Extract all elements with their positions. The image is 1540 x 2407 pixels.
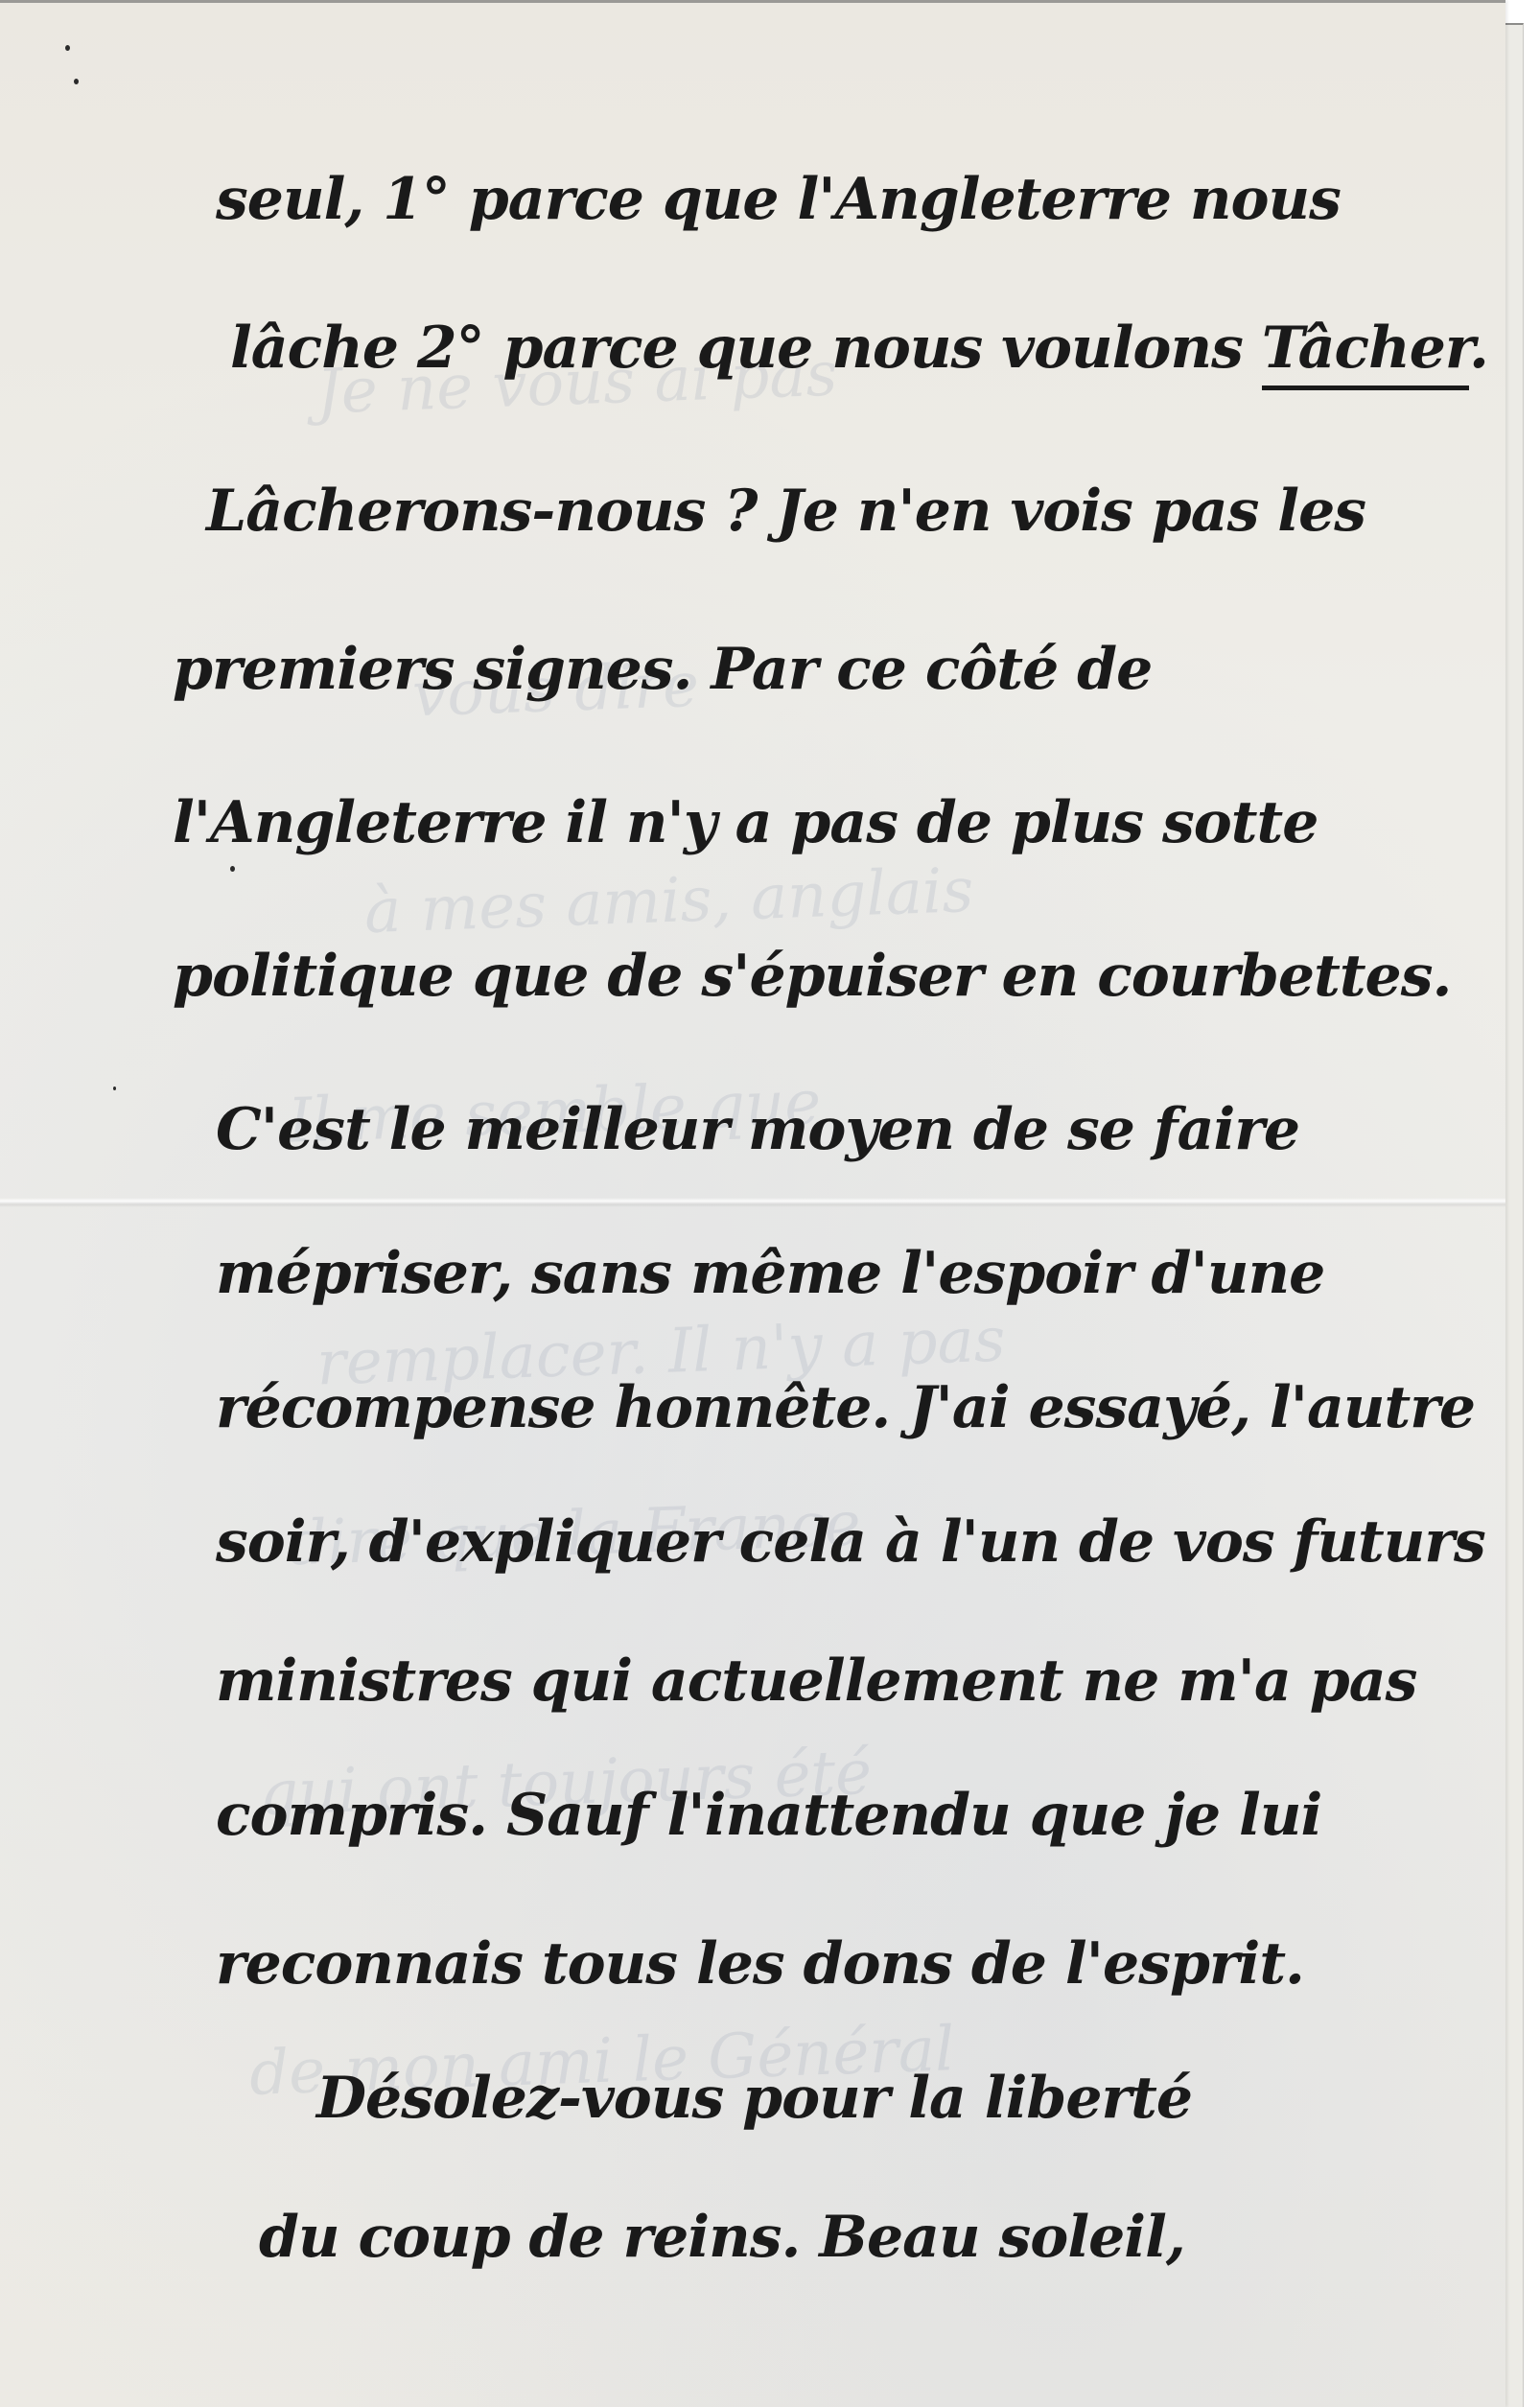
letter-line-7: C'est le meilleur moyen de se faire (216, 1096, 1299, 1163)
letter-line-12: compris. Sauf l'inattendu que je lui (216, 1782, 1321, 1849)
letter-line-11: ministres qui actuellement ne m'a pas (216, 1648, 1416, 1715)
letter-line-2-end: . (1469, 315, 1488, 382)
fold-crease (0, 1198, 1505, 1207)
letter-line-10: soir, d'expliquer cela à l'un de vos fut… (216, 1508, 1485, 1576)
letter-line-9: récompense honnête. J'ai essayé, l'autre (216, 1374, 1475, 1441)
letter-line-8: mépriser, sans même l'espoir d'une (216, 1240, 1324, 1307)
ink-speck (113, 1087, 116, 1090)
ink-speck (74, 79, 79, 84)
letter-line-4: premiers signes. Par ce côté de (173, 636, 1152, 703)
letter-line-1: seul, 1° parce que l'Angleterre nous (216, 166, 1341, 233)
letter-line-13: reconnais tous les dons de l'esprit. (216, 1930, 1304, 1998)
underlined-word: Tâcher (1262, 315, 1469, 390)
letter-page: Je ne vous ai pas vous dire à mes amis, … (0, 0, 1505, 2407)
letter-line-2: lâche 2° parce que nous voulons Tâcher. (230, 315, 1488, 382)
letter-line-14: Désolez-vous pour la liberté (316, 2065, 1192, 2132)
letter-line-2-start: lâche 2° parce que nous voulons (230, 315, 1262, 382)
ink-speck (230, 866, 235, 872)
bleed-through-text: à mes amis, anglais (363, 855, 975, 947)
letter-line-15: du coup de reins. Beau soleil, (259, 2204, 1185, 2271)
letter-line-3: Lâcherons-nous ? Je n'en vois pas les (206, 478, 1365, 545)
letter-line-6: politique que de s'épuiser en courbettes… (173, 943, 1451, 1010)
letter-line-5: l'Angleterre il n'y a pas de plus sotte (173, 789, 1318, 856)
scan-canvas: Je ne vous ai pas vous dire à mes amis, … (0, 0, 1540, 2407)
ink-speck (65, 45, 70, 51)
